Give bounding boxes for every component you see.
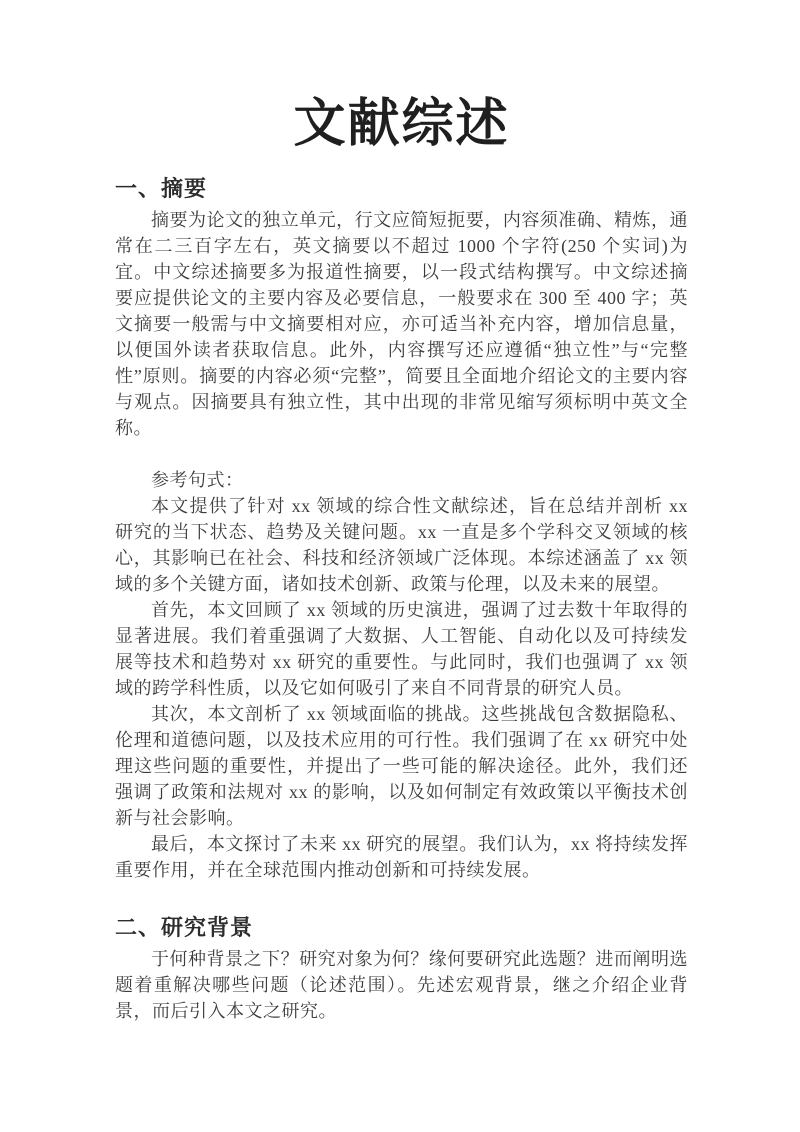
page-title: 文献综述 [115,96,688,154]
abstract-paragraph: 摘要为论文的独立单元，行文应简短扼要，内容须准确、精炼，通常在二三百字左右，英文… [115,207,688,441]
section-abstract: 一、摘要 摘要为论文的独立单元，行文应简短扼要，内容须准确、精炼，通常在二三百字… [115,175,688,883]
research-background-paragraph: 于何种背景之下？研究对象为何？缘何要研究此选题？进而阐明选题着重解决哪些问题（论… [115,946,688,1024]
document-page: 文献综述 一、摘要 摘要为论文的独立单元，行文应简短扼要，内容须准确、精炼，通常… [0,0,800,1132]
section-research-background: 二、研究背景 于何种背景之下？研究对象为何？缘何要研究此选题？进而阐明选题着重解… [115,914,688,1024]
section-heading-abstract: 一、摘要 [115,175,688,202]
reference-paragraph-last: 最后，本文探讨了未来 xx 研究的展望。我们认为，xx 将持续发挥重要作用，并在… [115,831,688,883]
reference-paragraph-overview: 本文提供了针对 xx 领域的综合性文献综述，旨在总结并剖析 xx 研究的当下状态… [115,493,688,597]
reference-pattern-label: 参考句式： [115,467,688,493]
section-heading-research-background: 二、研究背景 [115,914,688,941]
reference-paragraph-second: 其次，本文剖析了 xx 领域面临的挑战。这些挑战包含数据隐私、伦理和道德问题，以… [115,701,688,831]
reference-paragraph-first: 首先，本文回顾了 xx 领域的历史演进，强调了过去数十年取得的显著进展。我们着重… [115,597,688,701]
